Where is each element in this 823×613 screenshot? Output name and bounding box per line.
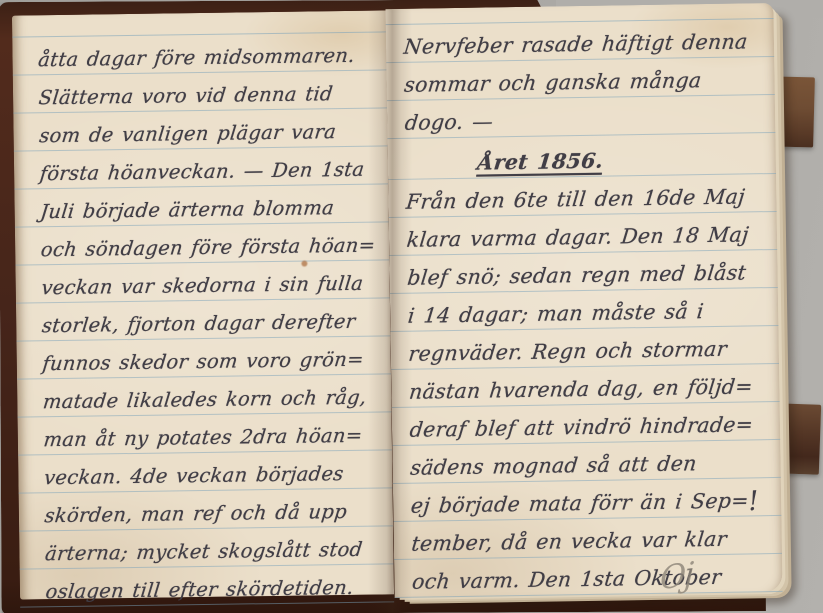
- ruled-lines-left: åtta dagar före midsommaren. Slätterna v…: [12, 10, 394, 599]
- pencil-flourish: Oj: [659, 554, 692, 597]
- handwritten-line: matade likaledes korn och råg,: [17, 374, 391, 417]
- handwritten-line: Juli började ärterna blomma: [14, 184, 388, 227]
- handwritten-line: Nervfeber rasade häftigt denna: [386, 19, 775, 63]
- handwritten-line: första höanveckan. — Den 1sta: [14, 146, 388, 189]
- handwritten-line: sädens mognad så att den: [392, 440, 781, 484]
- handwritten-line: oslagen till efter skördetiden.: [20, 564, 394, 607]
- ruled-lines-right: Nervfeber rasade häftigt denna sommar oc…: [385, 3, 782, 598]
- handwritten-line: dogo. —: [387, 95, 776, 139]
- handwritten-line: skörden, man ref och då upp: [19, 488, 393, 531]
- handwritten-line: blef snö; sedan regn med blåst: [389, 250, 778, 294]
- handwritten-line: ej började mata förr än i Sep=: [393, 478, 782, 522]
- handwritten-line: tember, då en vecka var klar: [393, 516, 782, 560]
- handwritten-line: och söndagen före första höan=: [15, 222, 389, 265]
- handwritten-line: och varm. Den 1sta Oktober: [394, 554, 783, 598]
- scanned-diary-photo: åtta dagar före midsommaren. Slätterna v…: [0, 0, 823, 613]
- handwritten-line: åtta dagar före midsommaren.: [12, 32, 386, 75]
- book-clasp-bottom: [775, 403, 821, 474]
- year-heading: Året 1856.: [387, 133, 776, 180]
- handwritten-line: veckan. 4de veckan börjades: [18, 450, 392, 493]
- handwritten-line: i 14 dagar; man måste så i: [390, 288, 779, 332]
- handwritten-line: deraf blef att vindrö hindrade=: [392, 402, 781, 446]
- margin-exclamation: !: [747, 486, 760, 518]
- handwritten-line: Från den 6te till den 16de Maj: [388, 174, 777, 218]
- diary-page-left: åtta dagar före midsommaren. Slätterna v…: [12, 10, 394, 599]
- handwritten-line: man åt ny potates 2dra höan=: [18, 412, 392, 455]
- handwritten-line: regnväder. Regn och stormar: [390, 326, 779, 370]
- handwritten-line: ärterna; mycket skogslått stod: [19, 526, 393, 569]
- handwritten-line: storlek, fjorton dagar derefter: [16, 298, 390, 341]
- book-clasp-top: [777, 77, 815, 148]
- diary-page-right: Nervfeber rasade häftigt denna sommar oc…: [385, 3, 782, 598]
- ink-stain: [301, 261, 307, 267]
- handwritten-line: Slätterna voro vid denna tid: [13, 70, 387, 113]
- handwritten-line: som de vanligen plägar vara: [13, 108, 387, 151]
- handwritten-line: nästan hvarenda dag, en följd=: [391, 364, 780, 408]
- handwritten-line: sommar och ganska många: [386, 57, 775, 101]
- handwritten-line: klara varma dagar. Den 18 Maj: [389, 212, 778, 256]
- handwritten-line: funnos skedor som voro grön=: [16, 336, 390, 379]
- handwritten-line: veckan var skedorna i sin fulla: [15, 260, 389, 303]
